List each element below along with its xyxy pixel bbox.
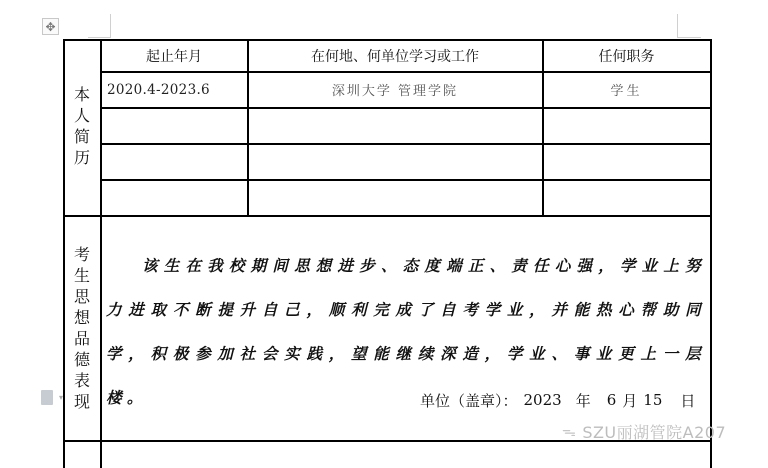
cell-position[interactable] — [543, 144, 710, 179]
column-header-place: 在何地、何单位学习或工作 — [248, 40, 542, 71]
label-char: 简 — [74, 126, 90, 147]
label-char: 现 — [74, 391, 90, 412]
cell-position[interactable] — [543, 180, 710, 215]
wechat-icon: ᯓ — [562, 422, 576, 441]
cell-place[interactable] — [248, 144, 542, 179]
document-icon[interactable] — [41, 390, 53, 405]
cell-position[interactable]: 学生 — [543, 72, 710, 107]
table-move-handle[interactable]: ✥ — [42, 18, 59, 35]
column-header-position: 任何职务 — [543, 40, 710, 71]
label-char: 品 — [74, 328, 90, 349]
watermark-text: SZU丽湖管院A207 — [582, 420, 726, 443]
cell-place[interactable]: 深圳大学 管理学院 — [248, 72, 542, 107]
signature-month: 6 — [607, 391, 617, 409]
table-section-divider — [63, 215, 712, 217]
margin-corner-mark — [677, 14, 678, 38]
label-char: 人 — [74, 105, 90, 126]
cell-place[interactable] — [248, 180, 542, 215]
label-char: 表 — [74, 370, 90, 391]
cell-period[interactable] — [101, 180, 247, 215]
table-border-right — [710, 39, 712, 468]
label-char: 德 — [74, 349, 90, 370]
label-char: 想 — [74, 307, 90, 328]
cell-period[interactable] — [101, 108, 247, 143]
label-char: 本 — [74, 84, 90, 105]
signature-day: 15 — [643, 391, 662, 409]
cell-period[interactable] — [101, 144, 247, 179]
label-char: 历 — [74, 147, 90, 168]
cell-position[interactable] — [543, 108, 710, 143]
day-unit: 日 — [680, 390, 695, 411]
cell-place[interactable] — [248, 108, 542, 143]
month-unit: 月 — [622, 390, 637, 411]
watermark: ᯓ SZU丽湖管院A207 — [562, 420, 726, 443]
unit-stamp-label: 单位（盖章）： — [420, 390, 518, 411]
conduct-section-label: 考 生 思 想 品 德 表 现 — [64, 244, 100, 412]
move-arrows-icon: ✥ — [45, 21, 55, 33]
margin-corner-mark — [88, 37, 111, 38]
margin-corner-mark — [677, 37, 701, 38]
label-char: 生 — [74, 265, 90, 286]
signature-year: 2023 — [524, 391, 562, 409]
label-char: 思 — [74, 286, 90, 307]
cell-period[interactable]: 2020.4-2023.6 — [101, 72, 247, 107]
resume-section-label: 本 人 简 历 — [64, 84, 100, 168]
label-char: 考 — [74, 244, 90, 265]
column-header-period: 起止年月 — [101, 40, 247, 71]
signature-line: 单位（盖章）： 2023 年 6 月 15 日 — [420, 388, 695, 412]
year-unit: 年 — [576, 390, 591, 411]
margin-corner-mark — [110, 14, 111, 38]
dropdown-caret-icon[interactable]: ▾ — [59, 393, 63, 402]
